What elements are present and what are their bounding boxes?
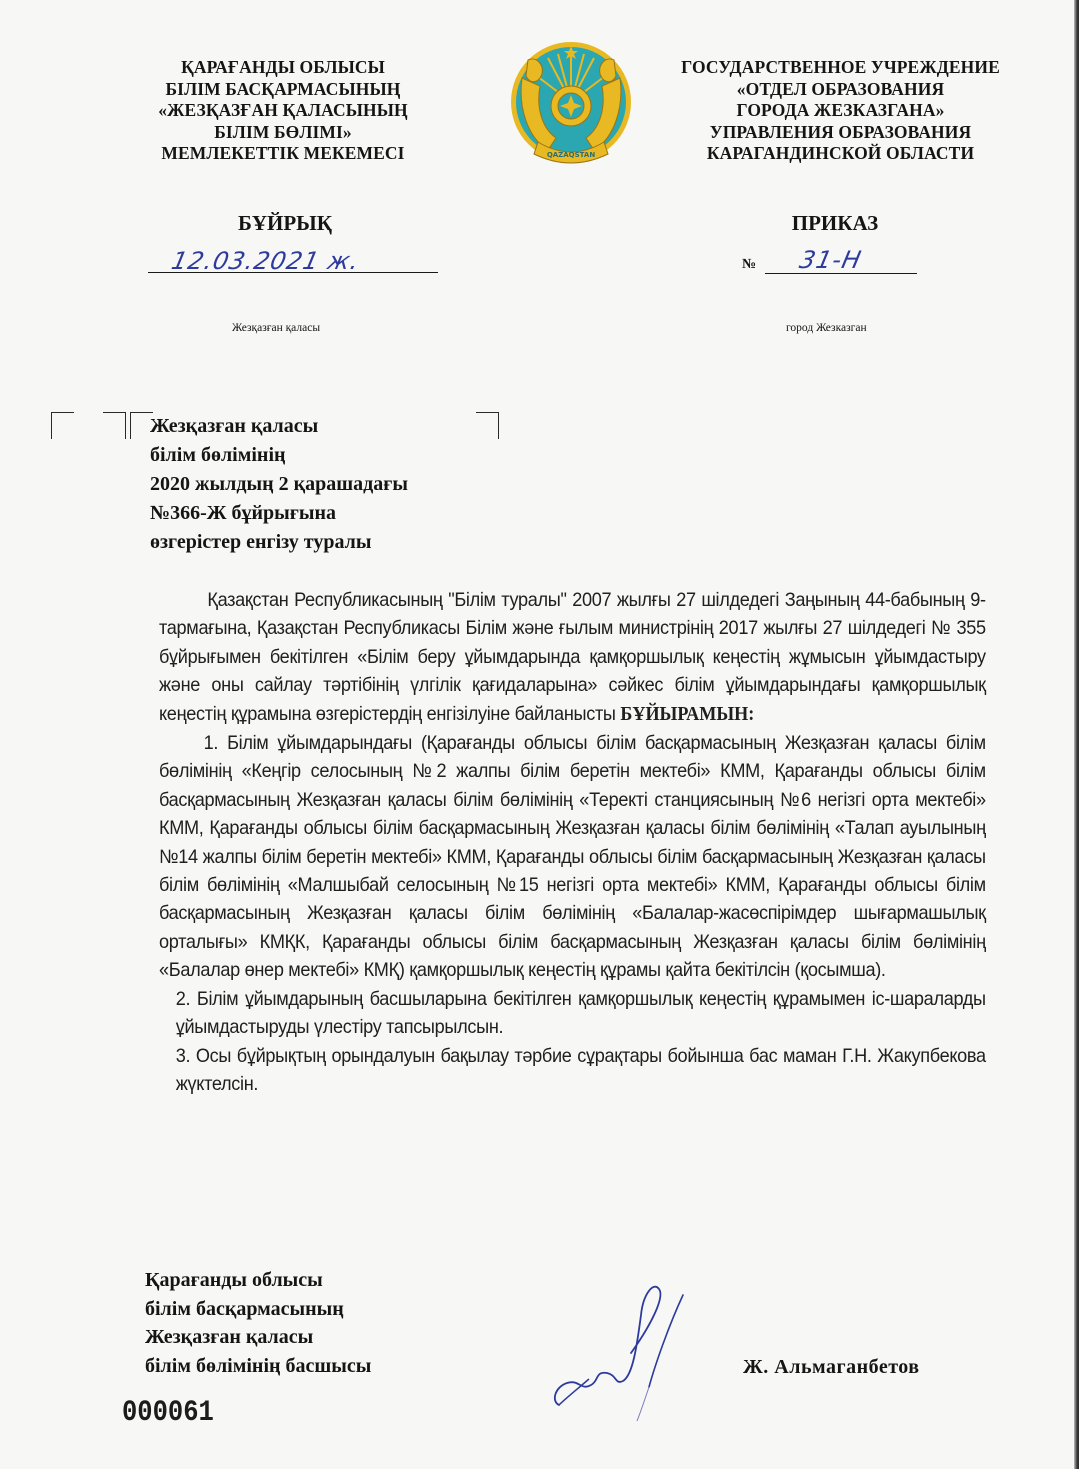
subject-line: 2020 жылдың 2 қарашадағы <box>150 470 408 499</box>
subject-line: білім бөлімінің <box>150 441 408 470</box>
preamble-text: Қазақстан Республикасының "Білім туралы"… <box>159 589 986 725</box>
header-ru-line: КАРАГАНДИНСКОЙ ОБЛАСТИ <box>648 143 1033 165</box>
subject-line: өзгерістер енгізу туралы <box>150 528 408 557</box>
number-underline <box>765 273 917 274</box>
header-kz-line: «ЖЕЗҚАЗҒАН ҚАЛАСЫНЫҢ <box>118 100 448 122</box>
preamble-paragraph: Қазақстан Республикасының "Білім туралы"… <box>159 586 986 729</box>
signatory-title-line: білім бөлімінің басшысы <box>145 1352 371 1381</box>
header-kz-line: БІЛІМ БӨЛІМІ» <box>118 122 448 144</box>
order-item-2: 2. Білім ұйымдарының басшыларына бекітіл… <box>159 985 986 1042</box>
header-ru-line: ГОРОДА ЖЕЗКАЗГАНА» <box>648 100 1033 122</box>
order-item-1: 1. Білім ұйымдарындағы (Қарағанды облысы… <box>159 729 986 985</box>
header-kazakh: ҚАРАҒАНДЫ ОБЛЫСЫ БІЛІМ БАСҚАРМАСЫНЫҢ «ЖЕ… <box>118 57 448 165</box>
signatory-title-line: Қарағанды облысы <box>145 1266 371 1295</box>
serial-number-stamp: 000061 <box>122 1396 214 1430</box>
signatory-name: Ж. Альмаганбетов <box>743 1356 920 1379</box>
corner-mark-icon <box>51 412 74 439</box>
handwritten-date: 12.03.2021 ж. <box>169 247 362 275</box>
header-kz-line: МЕМЛЕКЕТТІК МЕКЕМЕСІ <box>118 143 448 165</box>
number-label: № <box>742 257 756 273</box>
subject-line: Жезқазған қаласы <box>150 412 408 441</box>
header-ru-line: ГОСУДАРСТВЕННОЕ УЧРЕЖДЕНИЕ <box>648 57 1033 79</box>
order-word: БҰЙЫРАМЫН: <box>620 704 754 725</box>
order-subject: Жезқазған қаласы білім бөлімінің 2020 жы… <box>150 412 408 557</box>
header-ru-line: «ОТДЕЛ ОБРАЗОВАНИЯ <box>648 79 1033 101</box>
corner-mark-icon <box>103 412 126 439</box>
state-emblem-icon: QAZAQSTAN <box>508 38 634 172</box>
date-underline <box>148 272 438 273</box>
subject-line: №366-Ж бұйрығына <box>150 499 408 528</box>
svg-text:QAZAQSTAN: QAZAQSTAN <box>547 151 596 159</box>
header-kz-line: БІЛІМ БАСҚАРМАСЫНЫҢ <box>118 79 448 101</box>
handwritten-signature-icon <box>545 1275 695 1425</box>
order-item-3: 3. Осы бұйрықтың орындалуын бақылау тәрб… <box>159 1042 986 1099</box>
header-kz-line: ҚАРАҒАНДЫ ОБЛЫСЫ <box>118 57 448 79</box>
place-ru: город Жезказган <box>786 322 867 334</box>
header-ru-line: УПРАВЛЕНИЯ ОБРАЗОВАНИЯ <box>648 122 1033 144</box>
document-page: ҚАРАҒАНДЫ ОБЛЫСЫ БІЛІМ БАСҚАРМАСЫНЫҢ «ЖЕ… <box>0 0 1074 1469</box>
signatory-title-line: Жезқазған қаласы <box>145 1323 371 1352</box>
corner-mark-icon <box>476 412 499 439</box>
signatory-title: Қарағанды облысы білім басқармасының Жез… <box>145 1266 371 1380</box>
document-title-kz: БҰЙРЫҚ <box>200 211 370 236</box>
order-body: Қазақстан Республикасының "Білім туралы"… <box>159 586 986 1098</box>
signatory-title-line: білім басқармасының <box>145 1295 371 1324</box>
scan-edge <box>1074 0 1079 1469</box>
place-kz: Жезқазған қаласы <box>232 322 320 334</box>
document-title-ru: ПРИКАЗ <box>760 211 910 236</box>
header-russian: ГОСУДАРСТВЕННОЕ УЧРЕЖДЕНИЕ «ОТДЕЛ ОБРАЗО… <box>648 57 1033 165</box>
handwritten-order-number: 31-Н <box>797 246 864 274</box>
